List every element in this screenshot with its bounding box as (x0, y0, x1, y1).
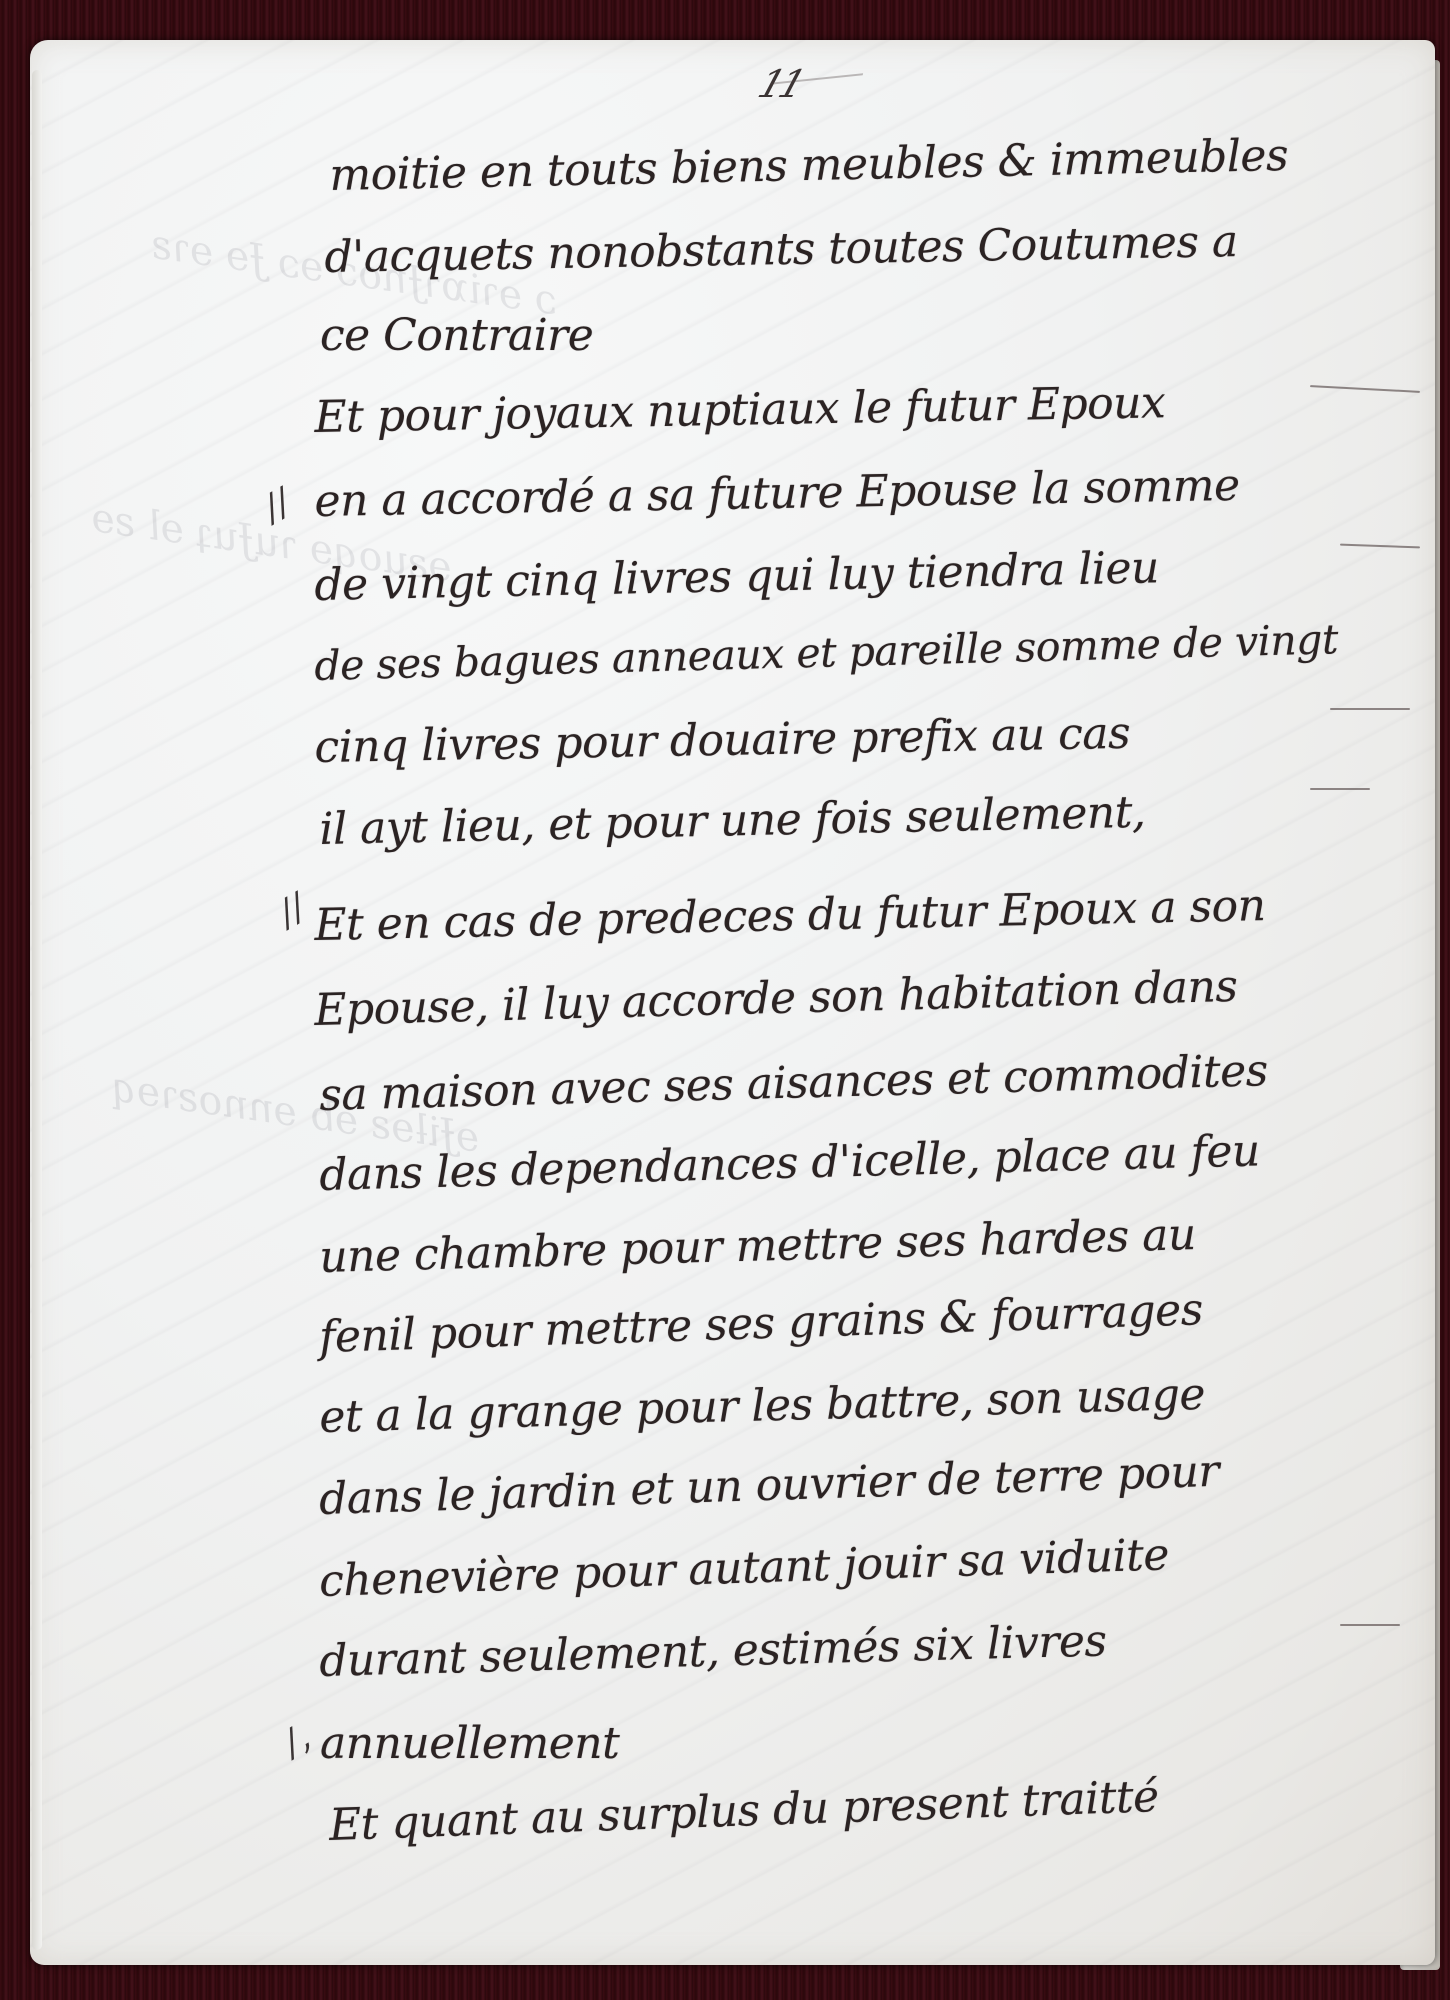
page-left-edge (32, 70, 42, 1950)
text-line: ce Contraire (320, 310, 593, 361)
line-filler-flourish (1310, 788, 1370, 790)
text-line: annuellement (320, 1718, 619, 1769)
line-filler-flourish (1330, 708, 1410, 710)
line-filler-flourish (1340, 1624, 1400, 1626)
